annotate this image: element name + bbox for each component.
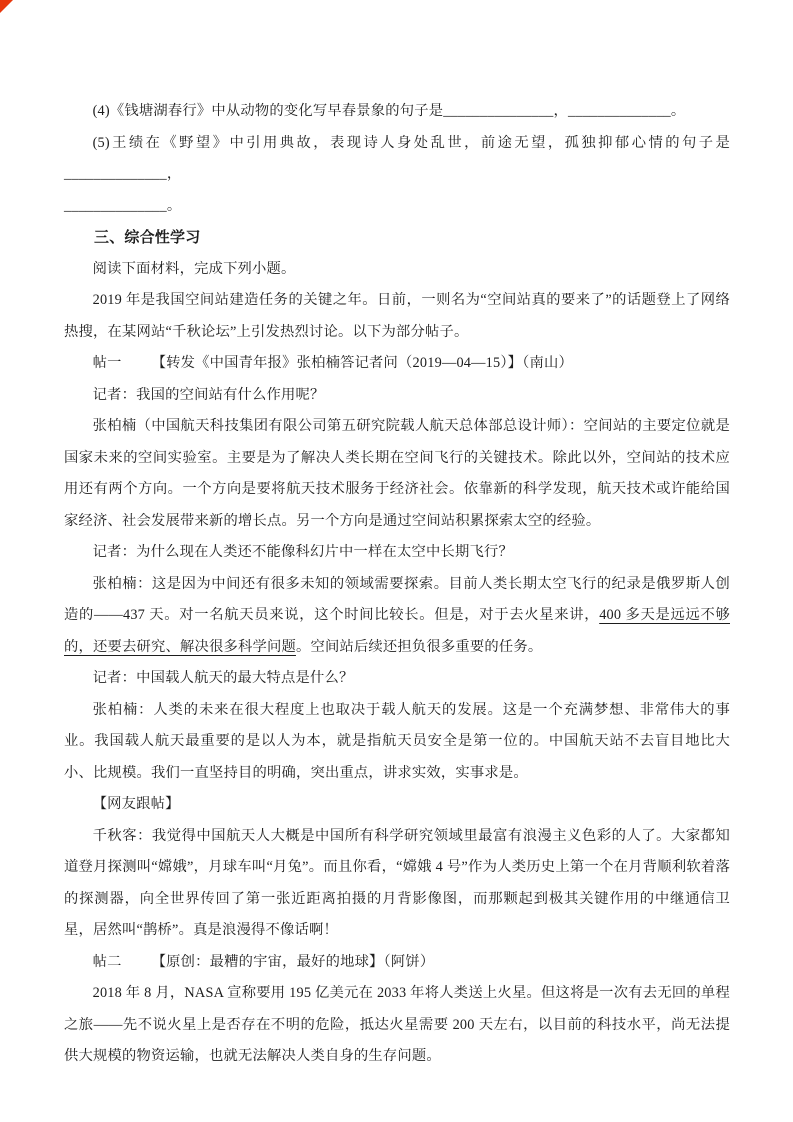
recitation-item-5-line1: (5)王绩在《野望》中引用典故，表现诗人身处乱世，前途无望，孤独抑郁心情的句子是… [64,135,730,183]
interview-question-2: 记者：为什么现在人类还不能像科幻片中一样在太空中长期飞行？ [64,537,730,569]
page-corner-marker [0,0,13,13]
post2-title: 【原创：最糟的宇宙，最好的地球】（阿饼） [152,954,435,970]
interview-answer-2-tail: 。空间站后续还担负很多重要的任务。 [296,639,542,655]
document-body: (4)《钱塘湖春行》中从动物的变化写早春景象的句子是______________… [64,96,730,1073]
interview-question-1: 记者：我国的空间站有什么作用呢？ [64,380,730,412]
followups-heading: 【网友跟帖】 [64,789,730,821]
recitation-item-5-line2: ______________。 [64,198,181,214]
interview-answer-2: 张柏楠：这是因为中间还有很多未知的领域需要探索。目前人类长期太空飞行的纪录是俄罗… [64,569,730,664]
post2-label: 帖二 [93,954,122,970]
interview-answer-1: 张柏楠（中国航天科技集团有限公司第五研究院载人航天总体部总设计师）：空间站的主要… [64,411,730,537]
post2-body: 2018 年 8 月，NASA 宣称要用 195 亿美元在 2033 年将人类送… [64,978,730,1073]
section-heading: 三、综合性学习 [64,222,730,254]
recitation-item-5: (5)王绩在《野望》中引用典故，表现诗人身处乱世，前途无望，孤独抑郁心情的句子是… [64,128,730,223]
document-page: (4)《钱塘湖春行》中从动物的变化写早春景象的句子是______________… [0,0,793,1122]
post1-header: 帖一【转发《中国青年报》张柏楠答记者问（2019—04—15）】（南山） [64,348,730,380]
post1-title: 【转发《中国青年报》张柏楠答记者问（2019—04—15）】（南山） [152,355,573,371]
post2-header: 帖二【原创：最糟的宇宙，最好的地球】（阿饼） [64,947,730,979]
interview-answer-3: 张柏楠：人类的未来在很大程度上也取决于载人航天的发展。这是一个充满梦想、非常伟大… [64,695,730,790]
followup-comment: 千秋客：我觉得中国航天人大概是中国所有科学研究领域里最富有浪漫主义色彩的人了。大… [64,821,730,947]
interview-question-3: 记者：中国载人航天的最大特点是什么？ [64,663,730,695]
post1-label: 帖一 [93,355,122,371]
section-instruction: 阅读下面材料，完成下列小题。 [64,254,730,286]
intro-paragraph: 2019 年是我国空间站建造任务的关键之年。日前，一则名为“空间站真的要来了”的… [64,285,730,348]
recitation-item-4: (4)《钱塘湖春行》中从动物的变化写早春景象的句子是______________… [64,96,730,128]
